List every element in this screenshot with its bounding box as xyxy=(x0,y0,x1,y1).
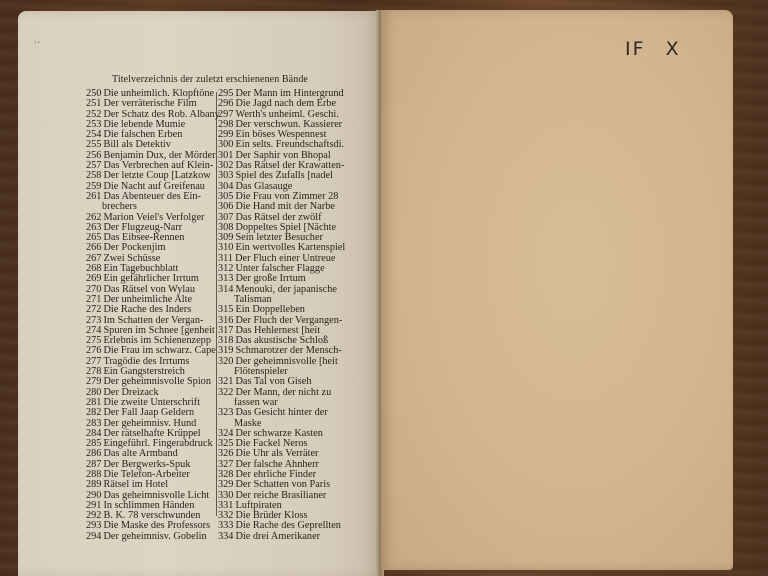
volume-title: Die Maske des Professors xyxy=(103,520,210,531)
volume-title: Ein wertvolles Kartenspiel xyxy=(235,242,345,253)
volume-title: Die drei Amerikaner xyxy=(235,531,320,542)
list-entry: 314Menouki, der japanischeTalisman xyxy=(218,285,360,306)
volume-number: 294 xyxy=(86,532,101,542)
column-divider xyxy=(216,92,217,516)
volume-title: Werth's unheiml. Geschi. xyxy=(235,109,338,120)
volume-title: Der große Irrtum xyxy=(235,273,305,284)
volume-title: Der geheimnisv. Hund xyxy=(103,418,196,429)
list-entry: 323Das Gesicht hinter derMaske xyxy=(218,408,360,429)
volume-title: Die Uhr als Verräter xyxy=(235,448,318,459)
volume-title: Der reiche Brasilianer xyxy=(235,490,326,501)
volume-title: Das geheimnisvolle Licht xyxy=(103,490,209,501)
title-list-right-column: 295Der Mann im Hintergrund296Die Jagd na… xyxy=(218,89,360,542)
list-entry: 261Das Abenteuer des Ein-brechers xyxy=(86,192,216,213)
volume-title: Im Schatten der Vergan- xyxy=(103,315,203,326)
volume-title: Ein selts. Freundschaftsdi. xyxy=(235,139,344,150)
volume-title: Ein Doppelleben xyxy=(235,304,304,315)
volume-title: Der letzte Coup [Latzkow xyxy=(103,170,210,181)
right-page xyxy=(381,10,733,570)
list-entry: 272Die Rache des Inders xyxy=(86,305,216,315)
volume-number: 282 xyxy=(86,408,101,418)
volume-title: Das Tal von Giseh xyxy=(235,376,311,387)
volume-number: 322 xyxy=(218,388,233,398)
volume-title: Der Fall Jaap Geldern xyxy=(103,407,194,418)
volume-title: Der geheimnisvolle Spion xyxy=(103,376,211,387)
volume-title: Die Jagd nach dem Erbe xyxy=(235,98,336,109)
volume-title: Der verräterische Film xyxy=(103,98,196,109)
volume-number: 261 xyxy=(86,192,101,202)
volume-number: 320 xyxy=(218,357,233,367)
margin-pencil-mark: ‘’ xyxy=(34,40,40,51)
volume-title: Die Frau im schwarz. Cape xyxy=(103,345,215,356)
list-entry: 294Der geheimnisv. Gobelin xyxy=(86,532,216,542)
volume-title: Rätsel im Hotel xyxy=(103,479,168,490)
volume-number: 272 xyxy=(86,305,101,315)
title-list-left-column: 250Die unheimlich. Klopftöne251Der verrä… xyxy=(86,89,216,542)
volume-title: Bill als Detektiv xyxy=(103,139,171,150)
volume-title: Der geheimnisv. Gobelin xyxy=(103,531,206,542)
volume-title: Der Schatz des Rob. Albany xyxy=(103,109,219,120)
volume-title: Schmarotzer der Mensch- xyxy=(235,345,341,356)
volume-title: Die Rache des Geprellten xyxy=(235,520,341,531)
list-entry: 322Der Mann, der nicht zufassen war xyxy=(218,388,360,409)
volume-title: Das Rätsel von Wylau xyxy=(103,284,195,295)
volume-title: Ein gefährlicher Irrtum xyxy=(103,273,199,284)
volume-title: Menouki, der japanische xyxy=(235,284,337,295)
volume-title: Der Pockenjim xyxy=(103,242,165,253)
volume-title: Spiel des Zufalls [nadel xyxy=(235,170,333,181)
list-entry: 334Die drei Amerikaner xyxy=(218,532,360,542)
list-entry: 282Der Fall Jaap Geldern xyxy=(86,408,216,418)
volume-title: Das alte Armband xyxy=(103,448,177,459)
volume-title: Der Fluch der Vergangen- xyxy=(235,315,342,326)
volume-title: Marion Veiel's Verfolger xyxy=(103,212,204,223)
handwritten-note: IF X xyxy=(625,38,681,60)
volume-title: Der Mann, der nicht zu xyxy=(235,387,331,398)
list-entry: 315Ein Doppelleben xyxy=(218,305,360,315)
volume-number: 315 xyxy=(218,305,233,315)
list-heading: Titelverzeichnis der zuletzt erschienene… xyxy=(60,74,360,85)
list-entry: 320Der geheimnisvolle [heitFlötenspieler xyxy=(218,357,360,378)
volume-number: 323 xyxy=(218,408,233,418)
volume-title: Der Dreizack xyxy=(103,387,158,398)
volume-title: Die Rache des Inders xyxy=(103,304,191,315)
volume-title: Der Schatten von Paris xyxy=(235,479,330,490)
volume-title: Die Hand mit der Narbe xyxy=(235,201,335,212)
volume-title: Das Gesicht hinter der xyxy=(235,407,327,418)
volume-number: 334 xyxy=(218,532,233,542)
volume-title: Das Rätsel der zwölf xyxy=(235,212,321,223)
volume-number: 314 xyxy=(218,285,233,295)
